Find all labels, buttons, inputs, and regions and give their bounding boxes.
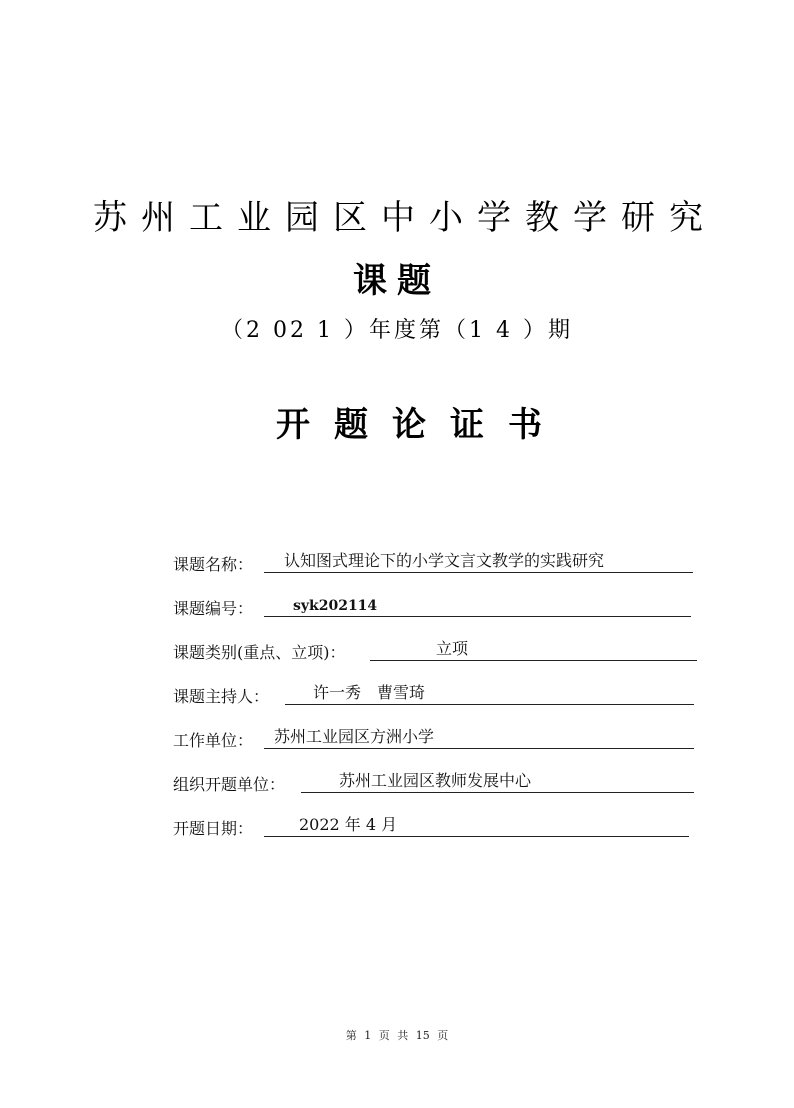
field-value-text: 苏州工业园区方洲小学 xyxy=(264,726,434,748)
field-topic-category: 课题类别(重点、立项)： xyxy=(173,638,346,664)
period-line: （2 02 1 ）年度第（1 4 ）期 xyxy=(0,316,794,346)
field-work-unit-value: 苏州工业园区方洲小学 xyxy=(264,726,694,749)
field-topic-category-value: 立项 xyxy=(370,638,697,661)
field-label: 课题名称： xyxy=(173,554,253,576)
field-label: 组织开题单位： xyxy=(173,774,285,796)
field-topic-name-value: 认知图式理论下的小学文言文教学的实践研究 xyxy=(264,550,693,573)
field-topic-name: 课题名称： xyxy=(173,550,253,576)
field-label: 工作单位： xyxy=(173,730,253,752)
field-label: 课题类别(重点、立项)： xyxy=(173,642,346,664)
field-organizer-value: 苏州工业园区教师发展中心 xyxy=(301,770,694,793)
field-topic-code: 课题编号： xyxy=(173,594,253,620)
field-label: 开题日期： xyxy=(173,818,253,840)
field-topic-host: 课题主持人： xyxy=(173,682,269,708)
field-work-unit: 工作单位： xyxy=(173,726,253,752)
field-topic-code-value: syk202114 xyxy=(264,594,691,617)
field-value-text: 2022 年 4 月 xyxy=(264,814,397,836)
title-sub: 课题 xyxy=(0,259,794,303)
field-label: 课题主持人： xyxy=(173,686,269,708)
field-value-text: 立项 xyxy=(370,638,468,660)
field-opening-date-value: 2022 年 4 月 xyxy=(264,814,689,837)
field-value-text: syk202114 xyxy=(264,594,377,618)
title-main: 苏州工业园区中小学教学研究 xyxy=(0,196,794,240)
document-name: 开题论证书 xyxy=(0,403,794,447)
field-value-text: 认知图式理论下的小学文言文教学的实践研究 xyxy=(264,550,604,572)
field-value-text: 许一秀 曹雪琦 xyxy=(285,682,425,704)
page-footer: 第 1 页 共 15 页 xyxy=(0,1027,794,1043)
field-organizer: 组织开题单位： xyxy=(173,770,285,796)
field-opening-date: 开题日期： xyxy=(173,814,253,840)
field-label: 课题编号： xyxy=(173,598,253,620)
field-topic-host-value: 许一秀 曹雪琦 xyxy=(285,682,694,705)
field-value-text: 苏州工业园区教师发展中心 xyxy=(301,770,531,792)
